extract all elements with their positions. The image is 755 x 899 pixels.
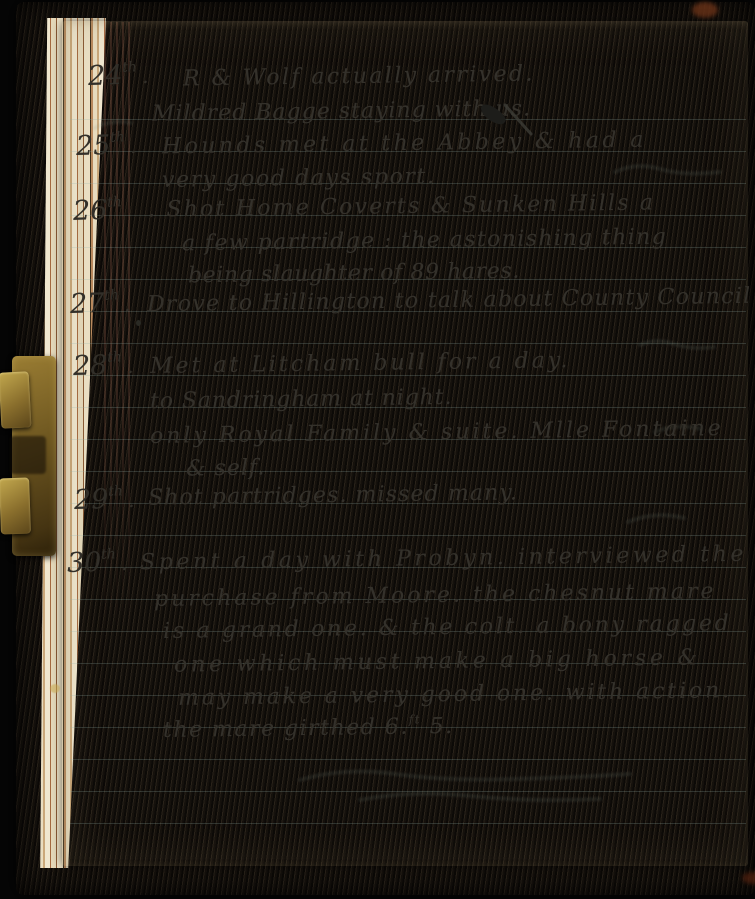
diary-line: very good days sport.: [162, 164, 436, 193]
ink-dot: [136, 320, 141, 326]
cover-wear-mark: [692, 2, 718, 18]
diary-line: being slaughter of 89 hares.: [188, 259, 520, 289]
clasp-notch: [10, 436, 46, 474]
brass-clasp: [0, 350, 62, 564]
clasp-prong: [0, 371, 31, 428]
entry-day-26: 26th: [72, 194, 127, 227]
cover-wear-mark: [742, 872, 755, 884]
diary-line-girth: the mare girthed 6.ft 5.: [163, 712, 454, 743]
stain-spot: [50, 684, 60, 693]
entry-day-29: 29th.: [73, 483, 134, 516]
entry-day-25: 25th.: [75, 129, 136, 162]
entry-day-30: 30th.: [66, 546, 127, 579]
diary-line: to Sandringham at night.: [150, 385, 453, 414]
clasp-prong: [0, 477, 31, 534]
diary-line: Shot partridges. missed many.: [148, 480, 518, 510]
entry-day-27: 27th.: [69, 287, 130, 320]
diary-line: R & Wolf actually arrived.: [183, 62, 535, 92]
entry-day-28: 28th.: [72, 349, 133, 382]
diary-line: Mildred Bagge staying with us.: [152, 96, 531, 126]
notebook-photo: 24th. 25th. 26th 27th. 28th. 29th. 30th.…: [0, 0, 755, 899]
diary-line: & self.: [186, 455, 266, 481]
entry-day-24: 24th.: [87, 59, 148, 92]
